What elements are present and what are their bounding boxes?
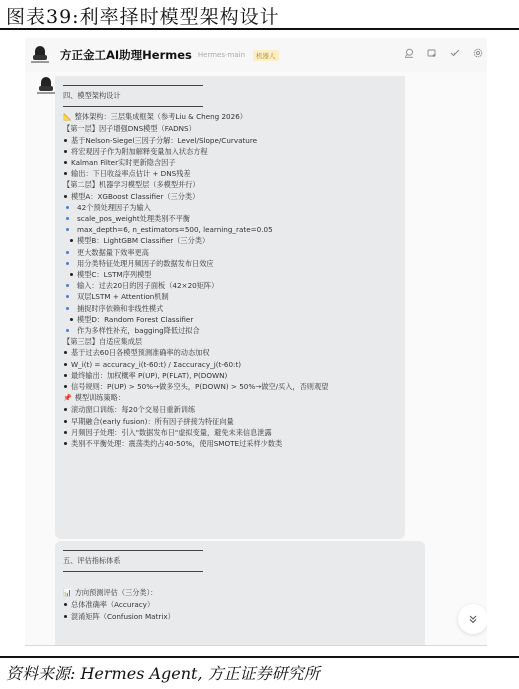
top-rule	[0, 28, 519, 30]
separator	[63, 550, 203, 551]
line-text: 总体准确率（Accuracy）	[71, 600, 154, 609]
bullet-icon	[66, 206, 69, 209]
message-line: 模型D：Random Forest Classifier	[63, 314, 397, 325]
message-line: 📌模型训练策略：	[63, 392, 397, 404]
bullet-icon	[64, 385, 67, 388]
double-chevron-down-icon	[468, 614, 478, 624]
bullet-icon	[66, 307, 69, 310]
bullet-icon	[64, 150, 67, 153]
message-line: 类别不平衡处理：震荡类约占40-50%，使用SMOTE过采样少数类	[63, 438, 397, 449]
separator	[63, 571, 203, 572]
bullet-icon	[64, 442, 67, 445]
bullet-icon	[70, 318, 73, 321]
bullet-icon	[66, 251, 69, 254]
message-line: 模型A：XGBoost Classifier（三分类）	[63, 191, 397, 202]
line-text: 月频因子处理：引入"数据发布日"虚拟变量，避免未来信息泄露	[71, 428, 272, 437]
message-line: 月频因子处理：引入"数据发布日"虚拟变量，避免未来信息泄露	[63, 427, 397, 438]
line-text: 双层LSTM + Attention机制	[77, 292, 169, 301]
settings-icon[interactable]	[473, 48, 483, 58]
bullet-icon	[66, 262, 69, 265]
line-text: 类别不平衡处理：震荡类约占40-50%，使用SMOTE过采样少数类	[71, 439, 282, 448]
bullet-icon	[64, 603, 67, 606]
bullet-icon	[70, 273, 73, 276]
line-text: 早期融合(early fusion)：所有因子拼接为特征向量	[71, 417, 234, 426]
line-text: 模型B：LightGBM Classifier（三分类）	[77, 236, 209, 245]
line-text: 混淆矩阵（Confusion Matrix）	[71, 612, 175, 621]
message-line: W_i(t) = accuracy_i(t-60:t) / Σaccuracy_…	[63, 359, 397, 370]
figure-source: 资料来源: Hermes Agent, 方正证券研究所	[6, 661, 320, 684]
app-window: 方正金工AI助理Hermes Hermes-main 机器人 四、模型架构设计 …	[25, 38, 487, 646]
bullet-icon	[64, 374, 67, 377]
bot-badge: 机器人	[253, 50, 279, 61]
bullet-icon	[66, 284, 69, 287]
message-line: 输入：过去20日的因子面板（42×20矩阵）	[63, 280, 397, 291]
separator	[63, 85, 203, 86]
line-text: 用分类特征处理月频因子的数据发布日效应	[77, 259, 214, 268]
message-line: max_depth=6, n_estimators=500, learning_…	[63, 224, 397, 235]
line-text: 42个预处理因子为输入	[77, 203, 151, 212]
bullet-icon	[64, 195, 67, 198]
message-line: 输出：下日收益率点估计 + DNS残差	[63, 168, 397, 179]
app-header: 方正金工AI助理Hermes Hermes-main 机器人	[25, 38, 487, 72]
message-line: 早期融合(early fusion)：所有因子拼接为特征向量	[63, 416, 397, 427]
line-text: 将宏观因子作为附加解释变量加入状态方程	[71, 147, 208, 156]
emoji-icon: 📌	[63, 394, 72, 402]
search-icon[interactable]	[404, 48, 414, 58]
figure-title: 图表39:利率择时模型架构设计	[6, 2, 280, 29]
line-text: 【第一层】因子增强DNS模型（FADNS）	[63, 124, 196, 133]
emoji-icon: 📐	[63, 113, 72, 121]
scroll-to-bottom-button[interactable]	[458, 604, 487, 634]
line-text: 基于Nelson-Siegel三因子分解：Level/Slope/Curvatu…	[71, 136, 257, 145]
check-icon[interactable]	[450, 48, 460, 58]
message-line: 混淆矩阵（Confusion Matrix）	[63, 611, 417, 622]
message-bubble-model-architecture: 四、模型架构设计 📐整体架构：三层集成框架（参考Liu & Cheng 2026…	[55, 76, 405, 539]
bullet-icon	[64, 351, 67, 354]
message-line: 【第二层】机器学习模型层（多模型并行）	[63, 179, 397, 190]
app-name: 方正金工AI助理Hermes	[60, 47, 192, 63]
message-bubble-evaluation-metrics: 五、评估指标体系 📊方向预测评估（三分类）：总体准确率（Accuracy）混淆矩…	[55, 541, 425, 646]
line-text: 基于过去60日各模型预测准确率的动态加权	[71, 348, 210, 357]
line-text: 更大数据量下效率更高	[77, 248, 149, 257]
message-line: Kalman Filter实时更新隐含因子	[63, 157, 397, 168]
line-text: 方向预测评估（三分类）：	[75, 588, 158, 597]
message-line: 【第三层】自适应集成层	[63, 336, 397, 347]
line-text: 整体架构：三层集成框架（参考Liu & Cheng 2026）	[75, 112, 247, 121]
message-line: 📐整体架构：三层集成框架（参考Liu & Cheng 2026）	[63, 111, 397, 123]
emoji-icon: 📊	[63, 589, 72, 597]
new-chat-icon[interactable]	[427, 48, 437, 58]
message-line: 42个预处理因子为输入	[63, 202, 397, 213]
message-line: 作为多样性补充，bagging降低过拟合	[63, 325, 397, 336]
bullet-icon	[70, 239, 73, 242]
message-line: 滚动窗口训练：每20个交易日重新训练	[63, 404, 397, 415]
hermes-logo-icon	[31, 46, 49, 64]
message-line: scale_pos_weight处理类别不平衡	[63, 213, 397, 224]
line-text: 【第二层】机器学习模型层（多模型并行）	[63, 180, 200, 189]
line-text: W_i(t) = accuracy_i(t-60:t) / Σaccuracy_…	[71, 360, 241, 369]
message-line: 📊方向预测评估（三分类）：	[63, 587, 417, 599]
message-line: 信号规则：P(UP) > 50%→做多空头，P(DOWN) > 50%→做空/买…	[63, 381, 397, 392]
bottom-rule	[0, 656, 519, 658]
bullet-icon	[64, 172, 67, 175]
bullet-icon	[64, 615, 67, 618]
line-text: 捕捉时序依赖和非线性模式	[77, 304, 163, 313]
bullet-icon	[66, 329, 69, 332]
message-line: 更大数据量下效率更高	[63, 247, 397, 258]
message-line: 最终输出：加权概率 P(UP), P(FLAT), P(DOWN)	[63, 370, 397, 381]
bullet-icon	[64, 408, 67, 411]
message-line: 双层LSTM + Attention机制	[63, 291, 397, 302]
line-text: 最终输出：加权概率 P(UP), P(FLAT), P(DOWN)	[71, 371, 227, 380]
line-text: Kalman Filter实时更新隐含因子	[71, 158, 176, 167]
message-line: 用分类特征处理月频因子的数据发布日效应	[63, 258, 397, 269]
message-line: 捕捉时序依赖和非线性模式	[63, 303, 397, 314]
message-line: 总体准确率（Accuracy）	[63, 599, 417, 610]
line-text: 【第三层】自适应集成层	[63, 337, 142, 346]
branch-label[interactable]: Hermes-main	[198, 51, 245, 59]
message-line: 基于过去60日各模型预测准确率的动态加权	[63, 347, 397, 358]
bullet-icon	[64, 161, 67, 164]
bullet-icon	[64, 363, 67, 366]
bullet-icon	[66, 228, 69, 231]
line-text: 模型A：XGBoost Classifier（三分类）	[71, 192, 199, 201]
line-text: 模型训练策略：	[75, 393, 125, 402]
line-text: 模型C：LSTM序列模型	[77, 270, 152, 279]
bullet-icon	[66, 295, 69, 298]
section-title: 四、模型架构设计	[63, 90, 397, 101]
bullet-icon	[64, 420, 67, 423]
bullet-icon	[64, 139, 67, 142]
message-line: 【第一层】因子增强DNS模型（FADNS）	[63, 123, 397, 134]
message-line: 模型C：LSTM序列模型	[63, 269, 397, 280]
assistant-avatar-icon	[37, 77, 55, 95]
line-text: scale_pos_weight处理类别不平衡	[77, 214, 190, 223]
bullet-icon	[64, 431, 67, 434]
section-title: 五、评估指标体系	[63, 555, 417, 566]
line-text: 模型D：Random Forest Classifier	[77, 315, 193, 324]
bullet-icon	[66, 217, 69, 220]
line-text: 输入：过去20日的因子面板（42×20矩阵）	[77, 281, 218, 290]
line-text: max_depth=6, n_estimators=500, learning_…	[77, 225, 273, 234]
message-line: 模型B：LightGBM Classifier（三分类）	[63, 235, 397, 246]
message-line: 将宏观因子作为附加解释变量加入状态方程	[63, 146, 397, 157]
line-text: 信号规则：P(UP) > 50%→做多空头，P(DOWN) > 50%→做空/买…	[71, 382, 328, 391]
message-line: 基于Nelson-Siegel三因子分解：Level/Slope/Curvatu…	[63, 135, 397, 146]
line-text: 输出：下日收益率点估计 + DNS残差	[71, 169, 191, 178]
line-text: 作为多样性补充，bagging降低过拟合	[77, 326, 200, 335]
separator	[63, 106, 203, 107]
line-text: 滚动窗口训练：每20个交易日重新训练	[71, 405, 195, 414]
frame-edge	[25, 645, 487, 646]
